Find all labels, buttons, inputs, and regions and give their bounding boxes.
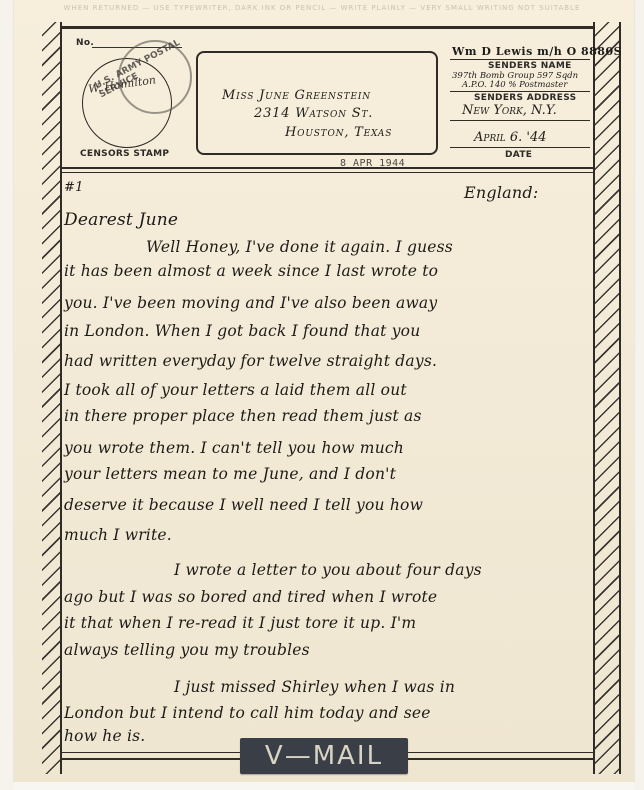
letter-number: #1 <box>64 180 84 195</box>
letter-line: I wrote a letter to you about four days <box>174 561 482 579</box>
letter-line: it has been almost a week since I last w… <box>64 262 438 280</box>
letter-line: always telling you my troubles <box>64 641 310 659</box>
date-line <box>450 147 590 148</box>
letter-line: had written everyday for twelve straight… <box>64 352 437 370</box>
letter-line: you. I've been moving and I've also been… <box>64 294 437 312</box>
censors-stamp-label: CENSORS STAMP <box>80 149 169 159</box>
salutation: Dearest June <box>64 210 178 230</box>
letter-line: your letters mean to me June, and I don'… <box>64 465 396 483</box>
header-divider <box>60 167 593 169</box>
letter-line: in there proper place then read them jus… <box>64 407 422 425</box>
sender-name: Wm D Lewis m/h O 8880S <box>452 45 622 58</box>
sender-apo: A.P.O. 140 % Postmaster <box>462 80 567 90</box>
letter-line: much I write. <box>64 526 172 544</box>
date-label: DATE <box>505 150 532 160</box>
sender-name-line <box>450 59 590 60</box>
letter-line: deserve it because I well need I tell yo… <box>64 496 423 514</box>
background <box>14 782 634 790</box>
letter-line: how he is. <box>64 727 145 745</box>
header-divider-thin <box>60 172 593 173</box>
letter-line: London but I intend to call him today an… <box>64 704 431 722</box>
letter-location: England: <box>464 183 538 202</box>
left-hatched-border <box>42 22 62 774</box>
top-border <box>60 26 593 29</box>
letter-line: Well Honey, I've done it again. I guess <box>146 238 453 256</box>
senders-name-label: SENDERS NAME <box>488 61 572 71</box>
senders-address-label: SENDERS ADDRESS <box>474 93 576 103</box>
letter-line: you wrote them. I can't tell you how muc… <box>64 439 404 457</box>
recipient-name: Miss June Greenstein <box>222 88 371 103</box>
letter-date: April 6. '44 <box>474 130 547 145</box>
sender-city-line <box>450 120 590 121</box>
letter-line: I took all of your letters a laid them a… <box>64 381 407 399</box>
form-instructions: WHEN RETURNED — USE TYPEWRITER, DARK INK… <box>0 4 644 12</box>
letter-line: I just missed Shirley when I was in <box>174 678 455 696</box>
v-mail-badge: V—MAIL <box>240 738 408 774</box>
sender-city: New York, N.Y. <box>462 103 557 118</box>
sender-address-line <box>450 91 590 92</box>
recipient-city: Houston, Texas <box>285 125 392 140</box>
letter-line: it that when I re-read it I just tore it… <box>64 614 416 632</box>
letter-line: ago but I was so bored and tired when I … <box>64 588 437 606</box>
recipient-street: 2314 Watson St. <box>254 106 373 121</box>
received-date-stamp: 8 APR 1944 <box>340 158 405 169</box>
right-hatched-border <box>593 22 621 774</box>
letter-line: in London. When I got back I found that … <box>64 322 420 340</box>
